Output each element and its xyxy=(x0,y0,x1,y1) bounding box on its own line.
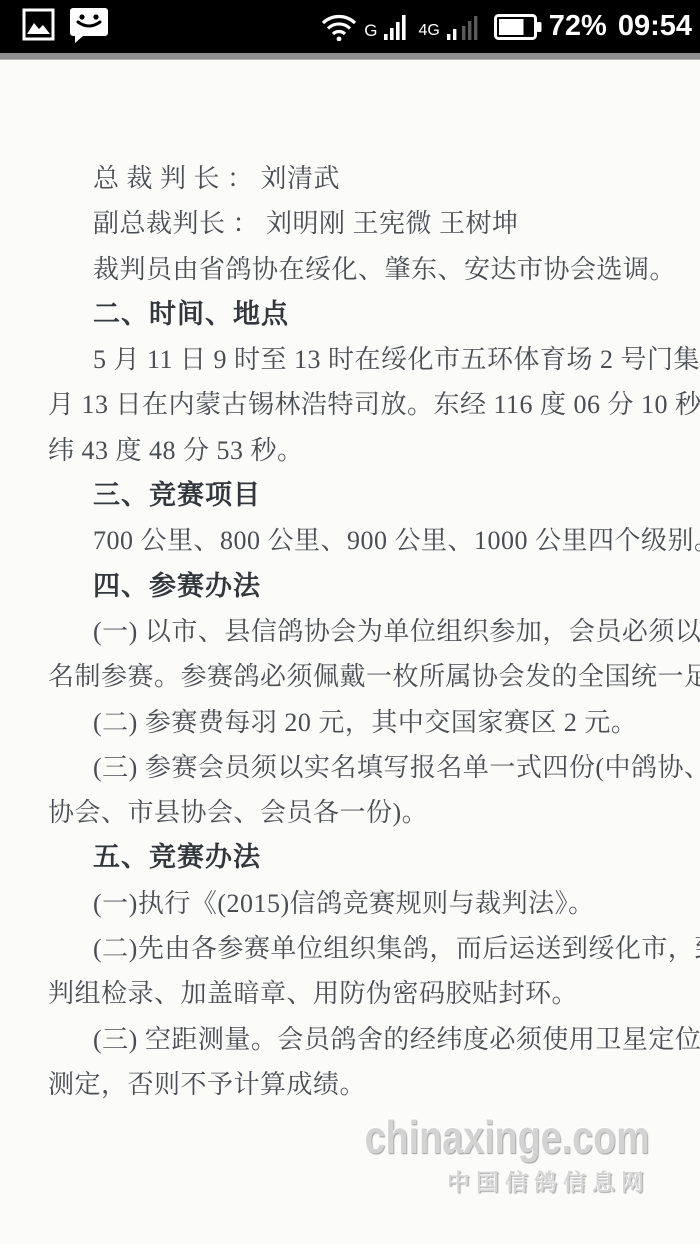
document-line: (三) 参赛会员须以实名填写报名单一式四份(中鸽协、省 xyxy=(48,745,678,790)
gallery-icon xyxy=(22,8,55,46)
document-line: 二、时间、地点 xyxy=(48,292,678,337)
status-bar: G 4G 72% xyxy=(0,0,700,53)
document-line: 四、参赛办法 xyxy=(48,564,678,609)
wifi-icon xyxy=(321,13,357,41)
document-line: (一) 以市、县信鸽协会为单位组织参加，会员必须以实 xyxy=(48,609,678,654)
system-indicators: G 4G 72% xyxy=(321,0,694,53)
document-line: 纬 43 度 48 分 53 秒。 xyxy=(48,428,678,473)
document-line: 三、竞赛项目 xyxy=(48,473,678,518)
document-page: 总 裁 判 长 ： 刘清武副总裁判长 ： 刘明刚 王宪微 王树坤裁判员由省鸽协在… xyxy=(48,156,678,1107)
watermark-site-url: chinaxinge.com xyxy=(365,1112,650,1163)
watermark-site-name-cn: 中国信鸽信息网 xyxy=(302,1164,650,1197)
document-line: (二)先由各参赛单位组织集鸽，而后运送到绥化市，到裁 xyxy=(48,926,678,971)
document-line: (二) 参赛费每羽 20 元，其中交国家赛区 2 元。 xyxy=(48,700,678,745)
battery-percent-label: 72% xyxy=(549,0,607,53)
document-line: 副总裁判长 ： 刘明刚 王宪微 王树坤 xyxy=(48,201,678,246)
document-line: 五、竞赛办法 xyxy=(48,835,678,880)
document-line: 总 裁 判 长 ： 刘清武 xyxy=(48,156,678,201)
document-line: (一)执行《(2015)信鸽竞赛规则与裁判法》。 xyxy=(48,881,678,926)
document-line: 判组检录、加盖暗章、用防伪密码胶贴封环。 xyxy=(48,971,678,1016)
message-icon xyxy=(69,5,109,48)
battery-icon xyxy=(494,13,542,41)
network-type-g-label: G xyxy=(364,22,377,39)
network-type-4g-label: 4G xyxy=(418,23,439,39)
battery-fill xyxy=(499,19,524,35)
document-line: (三) 空距测量。会员鸽舍的经纬度必须使用卫星定位仪 xyxy=(48,1017,678,1062)
notification-icons xyxy=(22,5,109,48)
watermark: chinaxinge.com 中国信鸽信息网 xyxy=(302,1112,650,1197)
document-line: 月 13 日在内蒙古锡林浩特司放。东经 116 度 06 分 10 秒，北 xyxy=(48,382,678,427)
document-line: 名制参赛。参赛鸽必须佩戴一枚所属协会发的全国统一足环。 xyxy=(48,654,678,699)
document-line: 700 公里、800 公里、900 公里、1000 公里四个级别。 xyxy=(48,518,678,563)
statusbar-divider xyxy=(0,53,700,60)
signal-bars-icon xyxy=(384,12,411,42)
document-line: 协会、市县协会、会员各一份)。 xyxy=(48,790,678,835)
document-line: 5 月 11 日 9 时至 13 时在绥化市五环体育场 2 号门集鸽。5 xyxy=(48,337,678,382)
clock-label: 09:54 xyxy=(618,0,692,53)
document-line: 裁判员由省鸽协在绥化、肇东、安达市协会选调。 xyxy=(48,247,678,292)
document-line: 测定，否则不予计算成绩。 xyxy=(48,1062,678,1107)
secondary-signal-bars-icon xyxy=(447,12,487,42)
